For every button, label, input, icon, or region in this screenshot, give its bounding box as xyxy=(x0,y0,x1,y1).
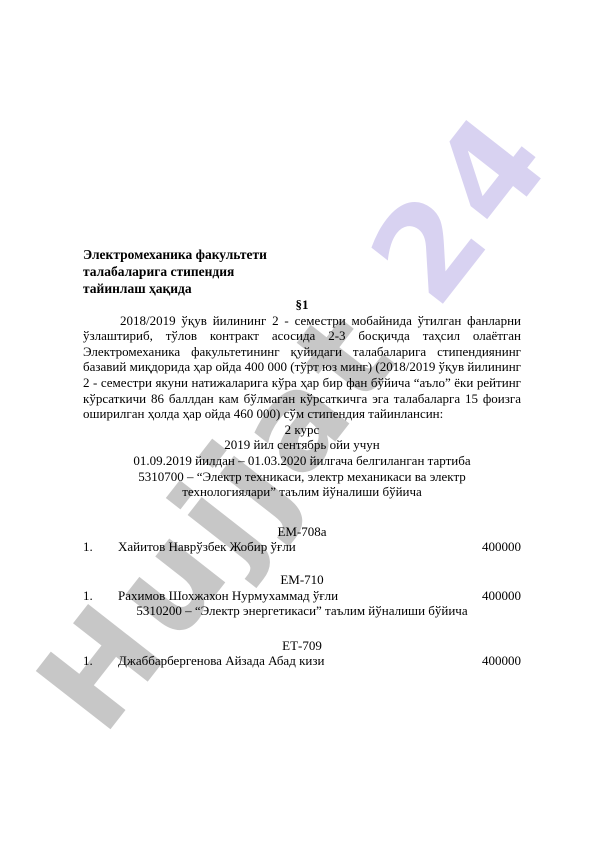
course-info-line: 2 курс xyxy=(83,422,521,438)
group-section-em710: ЕМ-710 1. Рахимов Шохжахон Нурмухаммад ў… xyxy=(83,572,521,603)
document-title: Электромеханика факультети талабаларига … xyxy=(83,246,521,297)
student-name: Джаббарбергенова Айзада Абад кизи xyxy=(118,653,482,669)
course-info-line: технологиялари” таълим йўналиши бўйича xyxy=(83,484,521,500)
document-content: Электромеханика факультети талабаларига … xyxy=(83,246,521,669)
stipend-amount: 400000 xyxy=(482,539,521,555)
student-row: 1. Рахимов Шохжахон Нурмухаммад ўғли 400… xyxy=(83,588,521,604)
direction-line: 5310200 – “Электр энергетикаси” таълим й… xyxy=(83,603,521,619)
group-section-et709: ЕТ-709 1. Джаббарбергенова Айзада Абад к… xyxy=(83,638,521,669)
student-row: 1. Хайитов Наврўзбек Жобир ўғли 400000 xyxy=(83,539,521,555)
student-name: Хайитов Наврўзбек Жобир ўғли xyxy=(118,539,482,555)
title-line: тайинлаш ҳақида xyxy=(83,280,521,297)
student-number: 1. xyxy=(83,588,118,604)
course-info-block: 2 курс 2019 йил сентябрь ойи учун 01.09.… xyxy=(83,422,521,500)
body-paragraph: 2018/2019 ўқув йилининг 2 - семестри моб… xyxy=(83,313,521,422)
course-info-line: 2019 йил сентябрь ойи учун xyxy=(83,437,521,453)
course-info-line: 01.09.2019 йилдан – 01.03.2020 йилгача б… xyxy=(83,453,521,469)
group-header: ЕТ-709 xyxy=(83,638,521,654)
document-page: Hujjat 24 Электромеханика факультети тал… xyxy=(0,0,596,842)
student-name: Рахимов Шохжахон Нурмухаммад ўғли xyxy=(118,588,482,604)
group-header: ЕМ-710 xyxy=(83,572,521,588)
section-mark: §1 xyxy=(83,297,521,313)
group-header: ЕМ-708а xyxy=(83,524,521,540)
title-line: Электромеханика факультети xyxy=(83,246,521,263)
group-section-em708a: ЕМ-708а 1. Хайитов Наврўзбек Жобир ўғли … xyxy=(83,524,521,555)
student-number: 1. xyxy=(83,539,118,555)
stipend-amount: 400000 xyxy=(482,653,521,669)
student-row: 1. Джаббарбергенова Айзада Абад кизи 400… xyxy=(83,653,521,669)
stipend-amount: 400000 xyxy=(482,588,521,604)
title-line: талабаларига стипендия xyxy=(83,263,521,280)
student-number: 1. xyxy=(83,653,118,669)
course-info-line: 5310700 – “Электр техникаси, электр меха… xyxy=(83,469,521,485)
